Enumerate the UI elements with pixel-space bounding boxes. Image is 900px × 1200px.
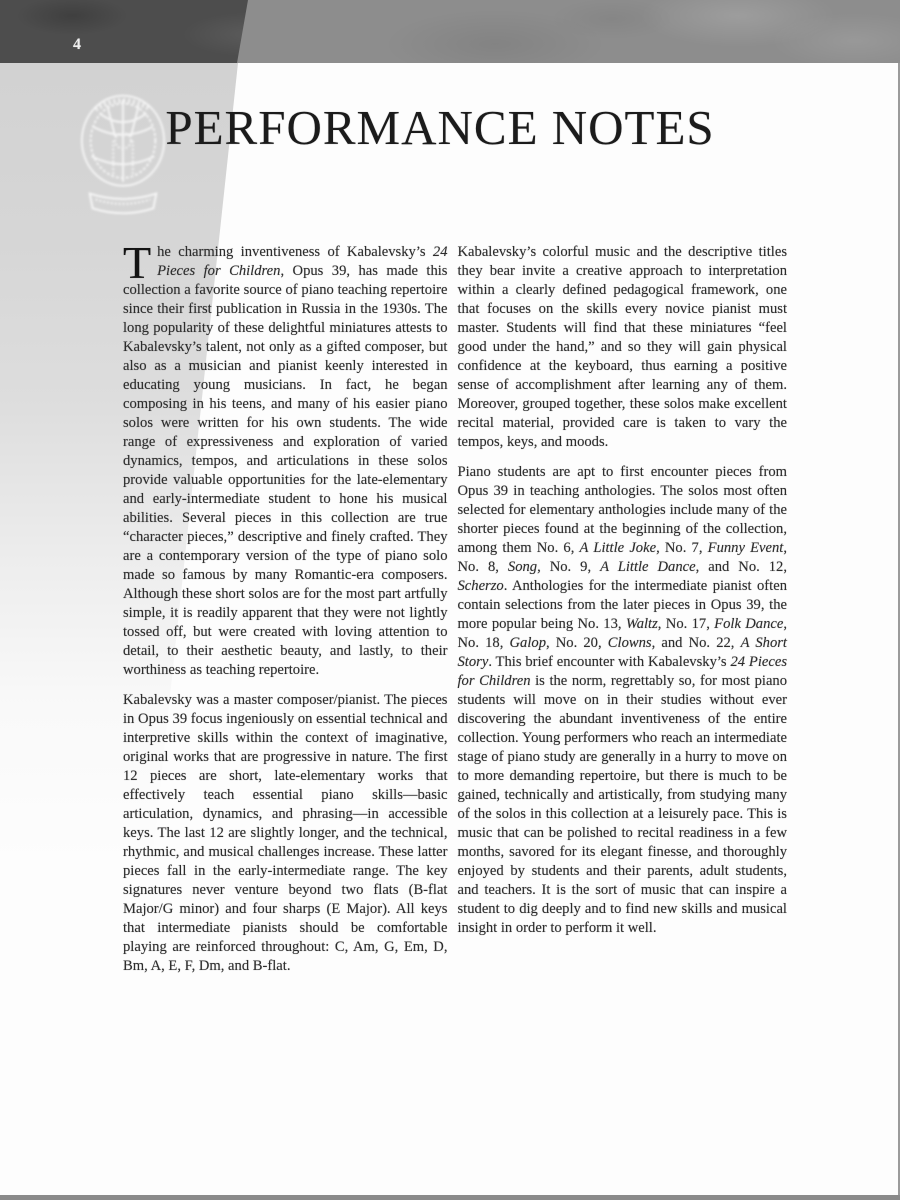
page-header-band: 4: [0, 0, 900, 63]
paragraph: Kabalevsky was a master composer/pianist…: [123, 691, 448, 976]
left-column: The charming inventiveness of Kabalevsky…: [123, 243, 448, 987]
paragraph: Piano students are apt to first encounte…: [458, 463, 788, 938]
page-title: PERFORMANCE NOTES: [0, 99, 880, 156]
right-column: Kabalevsky’s colorful music and the desc…: [458, 243, 788, 987]
header-band-dark-region: [0, 0, 900, 63]
paragraph: Kabalevsky’s colorful music and the desc…: [458, 243, 788, 452]
drop-cap: T: [123, 243, 157, 279]
text-columns: The charming inventiveness of Kabalevsky…: [123, 243, 787, 987]
page-bottom-border: [0, 1195, 900, 1200]
paragraph: The charming inventiveness of Kabalevsky…: [123, 243, 448, 680]
page-number: 4: [73, 36, 81, 54]
book-page: 4 PERFORMANCE NOTES The charmin: [0, 0, 900, 1200]
